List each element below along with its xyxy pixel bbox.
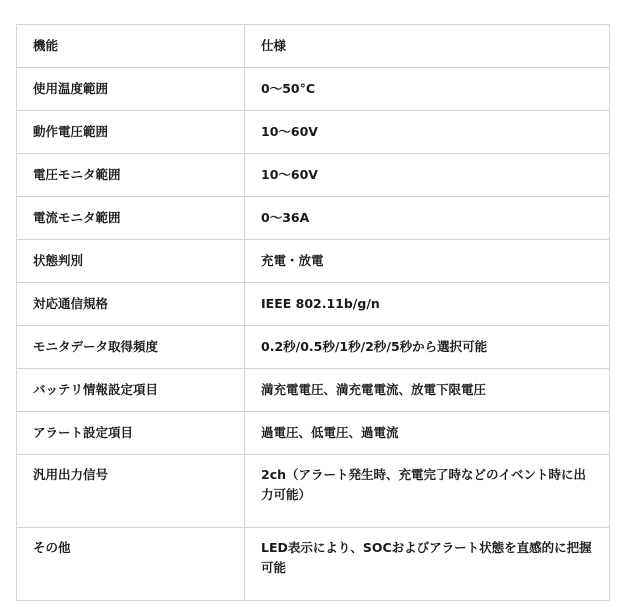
table-row: 対応通信規格 IEEE 802.11b/g/n: [17, 283, 610, 326]
spec-table: 機能 仕様 使用温度範囲 0～50°C 動作電圧範囲 10～60V 電圧モニタ範…: [16, 24, 610, 601]
table-row: 状態判別 充電・放電: [17, 240, 610, 283]
feature-cell: 対応通信規格: [17, 283, 245, 326]
table-row: 電圧モニタ範囲 10～60V: [17, 154, 610, 197]
header-feature: 機能: [17, 25, 245, 68]
feature-cell: その他: [17, 528, 245, 601]
table-row: 動作電圧範囲 10～60V: [17, 111, 610, 154]
spec-cell: LED表示により、SOCおよびアラート状態を直感的に把握可能: [245, 528, 610, 601]
feature-cell: アラート設定項目: [17, 412, 245, 455]
spec-cell: 10～60V: [245, 154, 610, 197]
table-row: その他 LED表示により、SOCおよびアラート状態を直感的に把握可能: [17, 528, 610, 601]
feature-cell: 使用温度範囲: [17, 68, 245, 111]
feature-cell: 状態判別: [17, 240, 245, 283]
feature-cell: バッテリ情報設定項目: [17, 369, 245, 412]
table-row: モニタデータ取得頻度 0.2秒/0.5秒/1秒/2秒/5秒から選択可能: [17, 326, 610, 369]
spec-cell: 0.2秒/0.5秒/1秒/2秒/5秒から選択可能: [245, 326, 610, 369]
header-spec: 仕様: [245, 25, 610, 68]
table-row: 電流モニタ範囲 0～36A: [17, 197, 610, 240]
table-row: 汎用出力信号 2ch（アラート発生時、充電完了時などのイベント時に出力可能）: [17, 455, 610, 528]
feature-cell: 動作電圧範囲: [17, 111, 245, 154]
feature-cell: 電流モニタ範囲: [17, 197, 245, 240]
table-row: アラート設定項目 過電圧、低電圧、過電流: [17, 412, 610, 455]
spec-cell: 10～60V: [245, 111, 610, 154]
spec-cell: 充電・放電: [245, 240, 610, 283]
spec-cell: IEEE 802.11b/g/n: [245, 283, 610, 326]
table-header-row: 機能 仕様: [17, 25, 610, 68]
table-row: 使用温度範囲 0～50°C: [17, 68, 610, 111]
spec-cell: 0～36A: [245, 197, 610, 240]
feature-cell: 汎用出力信号: [17, 455, 245, 528]
table-row: バッテリ情報設定項目 満充電電圧、満充電電流、放電下限電圧: [17, 369, 610, 412]
spec-cell: 0～50°C: [245, 68, 610, 111]
spec-cell: 2ch（アラート発生時、充電完了時などのイベント時に出力可能）: [245, 455, 610, 528]
spec-cell: 満充電電圧、満充電電流、放電下限電圧: [245, 369, 610, 412]
spec-cell: 過電圧、低電圧、過電流: [245, 412, 610, 455]
feature-cell: 電圧モニタ範囲: [17, 154, 245, 197]
feature-cell: モニタデータ取得頻度: [17, 326, 245, 369]
